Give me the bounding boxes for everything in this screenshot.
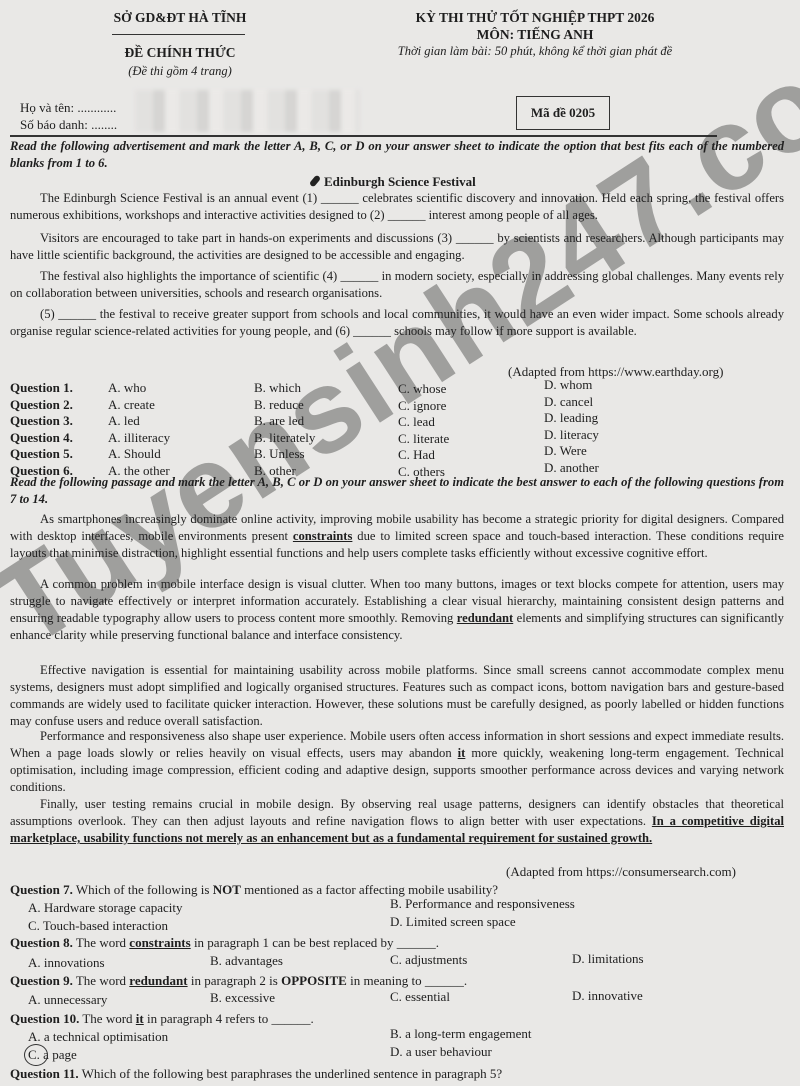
underlined-word-constraints: constraints — [293, 529, 352, 543]
option: C. whose — [398, 381, 446, 398]
department-name: SỞ GD&ĐT HÀ TĨNH — [60, 10, 300, 26]
option: C. essential — [390, 989, 450, 1005]
option: C. lead — [398, 414, 435, 431]
passage-title-text: Edinburgh Science Festival — [324, 174, 476, 189]
option: C. Touch-based interaction — [28, 918, 168, 934]
paragraph: As smartphones increasingly dominate onl… — [10, 511, 784, 562]
paragraph: The Edinburgh Science Festival is an ann… — [10, 190, 784, 224]
option: A. led — [108, 413, 140, 430]
option: D. limitations — [572, 951, 644, 967]
option: A. create — [108, 397, 155, 414]
option: A. Should — [108, 446, 161, 463]
option: D. whom — [544, 377, 592, 394]
paragraph: The festival also highlights the importa… — [10, 268, 784, 302]
option: A. who — [108, 380, 146, 397]
option: D. a user behaviour — [390, 1044, 492, 1060]
question-label: Question 1. — [10, 380, 73, 397]
option: C. ignore — [398, 398, 446, 415]
source-note: (Adapted from https://www.earthday.org) — [508, 364, 723, 380]
header-rule — [10, 135, 717, 137]
option: C. Had — [398, 447, 435, 464]
option: B. Performance and responsiveness — [390, 896, 575, 912]
exam-title: KỲ THI THỬ TỐT NGHIỆP THPT 2026 — [370, 10, 700, 26]
option: A. unnecessary — [28, 992, 107, 1008]
passage-title: Edinburgh Science Festival — [312, 174, 476, 190]
option: B. advantages — [210, 953, 283, 969]
option: B. which — [254, 380, 301, 397]
header-divider — [112, 34, 245, 35]
option: B. Unless — [254, 446, 305, 463]
paragraph: Finally, user testing remains crucial in… — [10, 796, 784, 847]
option: A. illiteracy — [108, 430, 170, 447]
exam-page: SỞ GD&ĐT HÀ TĨNH ĐỀ CHÍNH THỨC (Đề thi g… — [0, 0, 800, 1086]
option: B. a long-term engagement — [390, 1026, 532, 1042]
question-label: Question 3. — [10, 413, 73, 430]
pages-note: (Đề thi gồm 4 trang) — [60, 64, 300, 79]
option: B. literately — [254, 430, 315, 447]
option: C. adjustments — [390, 952, 467, 968]
option: A. Hardware storage capacity — [28, 900, 182, 916]
option: D. leading — [544, 410, 598, 427]
question-label: Question 4. — [10, 430, 73, 447]
option: D. Were — [544, 443, 587, 460]
option: D. cancel — [544, 394, 593, 411]
exam-code-box: Mã đề 0205 — [516, 96, 610, 130]
option: B. excessive — [210, 990, 275, 1006]
exam-code: Mã đề 0205 — [531, 105, 595, 121]
student-id-label: Số báo danh: ........ — [20, 117, 117, 133]
test-tube-icon — [309, 174, 321, 187]
question-10-stem: Question 10. The word it in paragraph 4 … — [10, 1011, 314, 1027]
time-note: Thời gian làm bài: 50 phút, không kể thờ… — [370, 44, 700, 59]
paragraph: A common problem in mobile interface des… — [10, 576, 784, 644]
paragraph: (5) ______ the festival to receive great… — [10, 306, 784, 340]
hand-drawn-answer-circle — [24, 1044, 48, 1066]
option: A. a technical optimisation — [28, 1029, 168, 1045]
section1-instruction: Read the following advertisement and mar… — [10, 138, 784, 172]
source-note: (Adapted from https://consumersearch.com… — [506, 864, 736, 880]
official-label: ĐỀ CHÍNH THỨC — [60, 45, 300, 61]
underlined-word-redundant: redundant — [457, 611, 513, 625]
option: D. literacy — [544, 427, 599, 444]
option: D. Limited screen space — [390, 914, 516, 930]
paragraph: Effective navigation is essential for ma… — [10, 662, 784, 730]
option: A. innovations — [28, 955, 105, 971]
section2-instruction: Read the following passage and mark the … — [10, 474, 784, 508]
paragraph: Visitors are encouraged to take part in … — [10, 230, 784, 264]
paragraph: Performance and responsiveness also shap… — [10, 728, 784, 796]
question-8-stem: Question 8. The word constraints in para… — [10, 935, 439, 951]
subject-title: MÔN: TIẾNG ANH — [370, 27, 700, 43]
option: C. literate — [398, 431, 449, 448]
redacted-student-info — [135, 90, 360, 132]
question-11-stem: Question 11. Which of the following best… — [10, 1066, 502, 1082]
question-9-stem: Question 9. The word redundant in paragr… — [10, 973, 467, 989]
name-field-label: Họ và tên: ............ — [20, 100, 116, 116]
option: B. reduce — [254, 397, 304, 414]
option: B. are led — [254, 413, 304, 430]
question-label: Question 5. — [10, 446, 73, 463]
option: D. innovative — [572, 988, 643, 1004]
question-label: Question 2. — [10, 397, 73, 414]
